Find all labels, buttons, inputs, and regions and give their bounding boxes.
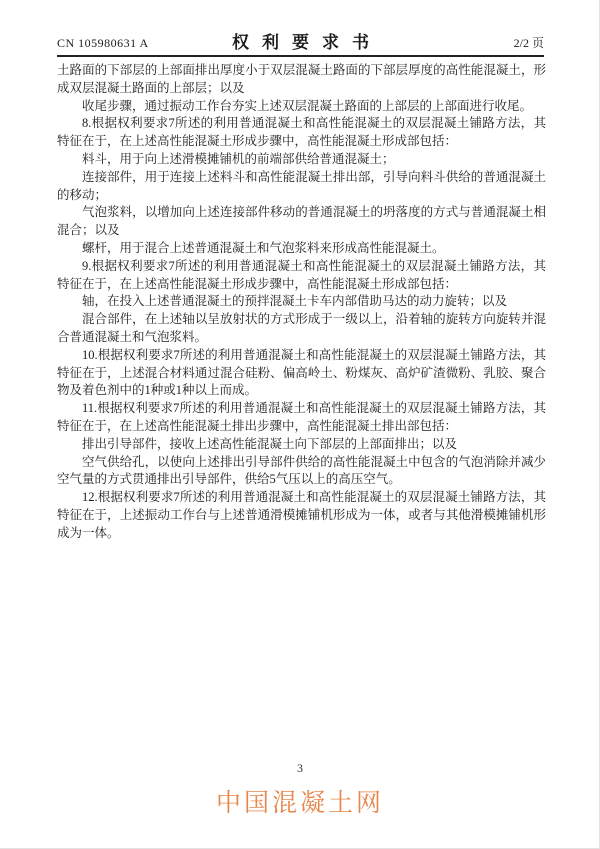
claim-paragraph: 空气供给孔，以使向上述排出引导部件供给的高性能混凝土中包含的气泡消除并减少空气量…: [57, 454, 546, 490]
page-number: 3: [0, 761, 600, 776]
page-title: 权利要求书: [219, 28, 382, 53]
claim-paragraph: 收尾步骤，通过振动工作台夯实上述双层混凝土路面的上部层的上部面进行收尾。: [57, 98, 546, 116]
page-header: CN 105980631 A 权利要求书 2/2 页: [57, 36, 544, 57]
page-indicator: 2/2 页: [514, 34, 544, 51]
claim-paragraph: 气泡浆料，以增加向上述连接部件移动的普通混凝土的坍落度的方式与普通混凝土相混合；…: [57, 204, 546, 240]
patent-claims-page: CN 105980631 A 权利要求书 2/2 页 土路面的下部层的上部面排出…: [0, 0, 600, 849]
claim-paragraph: 9.根据权利要求7所述的利用普通混凝土和高性能混凝土的双层混凝土铺路方法，其特征…: [57, 258, 546, 294]
watermark: 中国混凝土网: [0, 783, 600, 819]
claim-paragraph: 混合部件，在上述轴以呈放射状的方式形成于一级以上，沿着轴的旋转方向旋转并混合普通…: [57, 311, 546, 347]
claim-paragraph: 10.根据权利要求7所述的利用普通混凝土和高性能混凝土的双层混凝土铺路方法，其特…: [57, 347, 546, 400]
document-number: CN 105980631 A: [57, 36, 149, 51]
claim-paragraph: 排出引导部件，接收上述高性能混凝土向下部层的上部面排出；以及: [57, 436, 546, 454]
claims-body: 土路面的下部层的上部面排出厚度小于双层混凝土路面的下部层厚度的高性能混凝土，形成…: [57, 62, 546, 543]
claim-paragraph: 8.根据权利要求7所述的利用普通混凝土和高性能混凝土的双层混凝土铺路方法，其特征…: [57, 115, 546, 151]
claim-paragraph: 连接部件，用于连接上述料斗和高性能混凝土排出部，引导向料斗供给的普通混凝土的移动…: [57, 169, 546, 205]
claim-paragraph: 11.根据权利要求7所述的利用普通混凝土和高性能混凝土的双层混凝土铺路方法，其特…: [57, 400, 546, 436]
claim-paragraph: 土路面的下部层的上部面排出厚度小于双层混凝土路面的下部层厚度的高性能混凝土，形成…: [57, 62, 546, 98]
claim-paragraph: 12.根据权利要求7所述的利用普通混凝土和高性能混凝土的双层混凝土铺路方法，其特…: [57, 489, 546, 542]
claim-paragraph: 螺杆，用于混合上述普通混凝土和气泡浆料来形成高性能混凝土。: [57, 240, 546, 258]
claim-paragraph: 料斗，用于向上述滑模摊铺机的前端部供给普通混凝土；: [57, 151, 546, 169]
claim-paragraph: 轴，在投入上述普通混凝土的预拌混凝土卡车内部借助马达的动力旋转；以及: [57, 293, 546, 311]
